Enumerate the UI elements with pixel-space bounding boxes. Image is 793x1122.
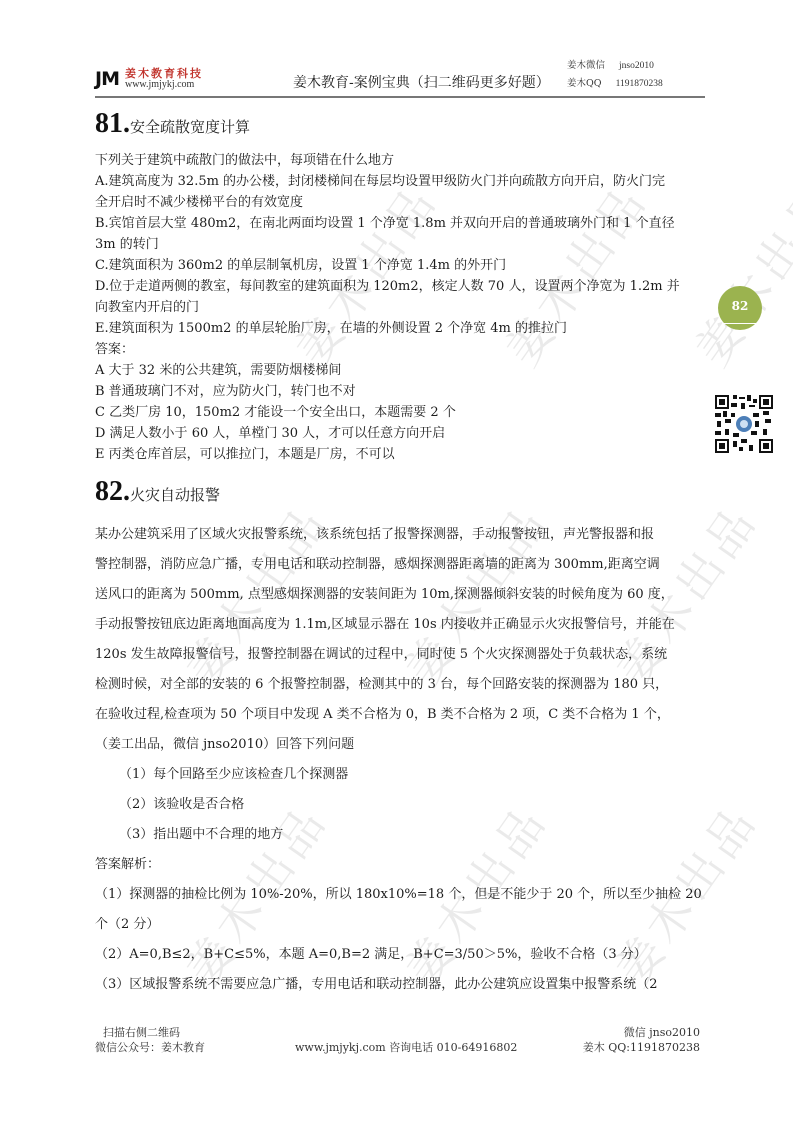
answer-label: 答案： bbox=[95, 339, 700, 360]
text-line: E.建筑面积为 1500m2 的单层轮胎厂房，在墙的外侧设置 2 个净宽 4m … bbox=[95, 318, 700, 339]
contact-label: 姜木微信 bbox=[567, 60, 605, 71]
contact-value: jnso2010 bbox=[619, 61, 654, 71]
logo-mark: JM bbox=[95, 68, 119, 90]
footer-wechat: 微信 jnso2010 bbox=[583, 1025, 700, 1040]
text-line: D.位于走道两侧的教室，每间教室的建筑面积为 120m2，核定人数 70 人，设… bbox=[95, 276, 700, 297]
text-line: 送风口的距离为 500mm, 点型感烟探测器的安装间距为 10m,探测器倾斜安装… bbox=[95, 580, 700, 610]
text-line: C.建筑面积为 360m2 的单层制氧机房，设置 1 个净宽 1.4m 的外开门 bbox=[95, 255, 700, 276]
question-item: （2）该验收是否合格 bbox=[95, 790, 700, 820]
header-contact: 姜木微信jnso2010 姜木QQ1191870238 bbox=[567, 57, 663, 93]
answer-line: （1）探测器的抽检比例为 10%-20%，所以 180x10%=18 个，但是不… bbox=[95, 880, 700, 910]
footer-website-phone: www.jmjykj.com 咨询电话 010-64916802 bbox=[295, 1040, 517, 1055]
section-heading-81: 81.安全疏散宽度计算 bbox=[95, 108, 250, 140]
text-line: 120s 发生故障报警信号，报警控制器在调试的过程中，同时使 5 个火灾探测器处… bbox=[95, 640, 700, 670]
text-line: 下列关于建筑中疏散门的做法中，每项错在什么地方 bbox=[95, 150, 700, 171]
logo-url: www.jmjykj.com bbox=[125, 80, 203, 90]
section-title: 火灾自动报警 bbox=[130, 486, 220, 504]
logo: JM 姜木教育科技 www.jmjykj.com bbox=[95, 68, 203, 90]
text-line: B.宾馆首层大堂 480m2，在南北两面均设置 1 个净宽 1.8m 并双向开启… bbox=[95, 213, 700, 234]
text-line: 向教室内开启的门 bbox=[95, 297, 700, 318]
answer-line: A 大于 32 米的公共建筑，需要防烟楼梯间 bbox=[95, 360, 700, 381]
answer-line: （3）区域报警系统不需要应急广播，专用电话和联动控制器，此办公建筑应设置集中报警… bbox=[95, 970, 700, 1000]
answer-line: D 满足人数小于 60 人，单樘门 30 人，才可以任意方向开启 bbox=[95, 423, 700, 444]
answer-line: （2）A=0,B≤2，B+C≤5%，本题 A=0,B=2 满足，B+C=3/50… bbox=[95, 940, 700, 970]
answer-label: 答案解析： bbox=[95, 850, 700, 880]
question-82-body: 某办公建筑采用了区域火灾报警系统，该系统包括了报警探测器，手动报警按钮，声光警报… bbox=[95, 520, 700, 1000]
section-title: 安全疏散宽度计算 bbox=[130, 118, 250, 136]
answer-line: B 普通玻璃门不对，应为防火门，转门也不对 bbox=[95, 381, 700, 402]
footer-wechat-account: 微信公众号：姜木教育 bbox=[95, 1040, 205, 1055]
footer-scan-hint: 扫描右侧二维码 bbox=[95, 1025, 205, 1040]
header-divider bbox=[95, 96, 705, 98]
section-number: 81. bbox=[95, 108, 130, 139]
page-header: JM 姜木教育科技 www.jmjykj.com 姜木教育-案例宝典（扫二维码更… bbox=[95, 52, 705, 96]
text-line: 检测时候，对全部的安装的 6 个报警控制器，检测其中的 3 台，每个回路安装的探… bbox=[95, 670, 700, 700]
text-line: 警控制器，消防应急广播，专用电话和联动控制器，感烟探测器距离墙的距离为 300m… bbox=[95, 550, 700, 580]
text-line: 3m 的转门 bbox=[95, 234, 700, 255]
contact-value: 1191870238 bbox=[616, 79, 663, 89]
answer-line: E 丙类仓库首层，可以推拉门，本题是厂房，不可以 bbox=[95, 444, 700, 465]
section-heading-82: 82.火灾自动报警 bbox=[95, 476, 220, 508]
section-number: 82. bbox=[95, 476, 130, 507]
text-line: 某办公建筑采用了区域火灾报警系统，该系统包括了报警探测器，手动报警按钮，声光警报… bbox=[95, 520, 700, 550]
qr-code-icon bbox=[715, 395, 773, 453]
logo-name: 姜木教育科技 bbox=[125, 68, 203, 79]
answer-line: C 乙类厂房 10，150m2 才能设一个安全出口，本题需要 2 个 bbox=[95, 402, 700, 423]
text-line: 全开启时不减少楼梯平台的有效宽度 bbox=[95, 192, 700, 213]
footer-qq: 姜木 QQ:1191870238 bbox=[583, 1040, 700, 1055]
question-81-body: 下列关于建筑中疏散门的做法中，每项错在什么地方 A.建筑高度为 32.5m 的办… bbox=[95, 150, 700, 465]
question-item: （1）每个回路至少应该检查几个探测器 bbox=[95, 760, 700, 790]
page-number-badge: 82 bbox=[718, 286, 762, 330]
text-line: （姜工出品，微信 jnso2010）回答下列问题 bbox=[95, 730, 700, 760]
text-line: 手动报警按钮底边距离地面高度为 1.1m,区域显示器在 10s 内接收并正确显示… bbox=[95, 610, 700, 640]
text-line: A.建筑高度为 32.5m 的办公楼，封闭楼梯间在每层均设置甲级防火门并向疏散方… bbox=[95, 171, 700, 192]
contact-label: 姜木QQ bbox=[567, 78, 602, 89]
text-line: 在验收过程,检查项为 50 个项目中发现 A 类不合格为 0，B 类不合格为 2… bbox=[95, 700, 700, 730]
question-item: （3）指出题中不合理的地方 bbox=[95, 820, 700, 850]
header-title: 姜木教育-案例宝典（扫二维码更多好题） bbox=[293, 72, 550, 92]
answer-line: 个（2 分） bbox=[95, 910, 700, 940]
